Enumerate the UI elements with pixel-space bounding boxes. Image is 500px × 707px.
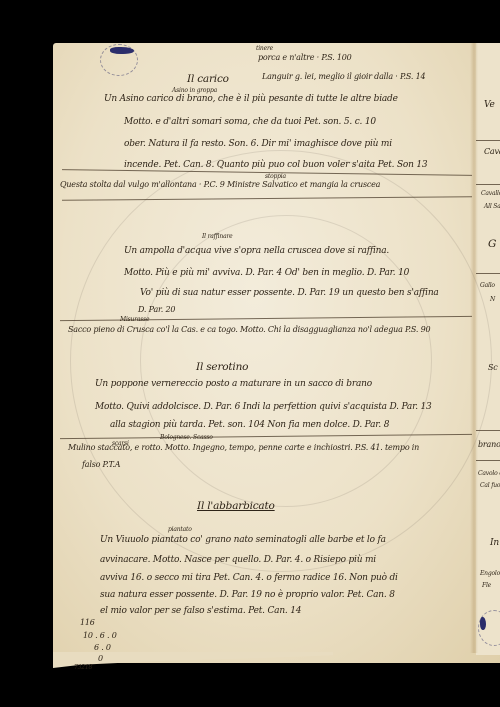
divider-rule bbox=[476, 430, 500, 431]
boxed-line: Questa stolta dal vulgo m'allontana · P.… bbox=[60, 180, 380, 189]
facing-page-text: Ve bbox=[484, 100, 495, 110]
facing-page-text: N bbox=[490, 296, 495, 303]
facing-page-text: Sc bbox=[488, 363, 498, 372]
divider-rule bbox=[476, 140, 500, 141]
entry-heading: Il serotino bbox=[196, 361, 248, 373]
entry-line: Motto. e d'altri somari soma, che da tuo… bbox=[124, 117, 376, 127]
entry-line: incende. Pet. Can. 8. Quanto più puo col… bbox=[124, 160, 427, 170]
divider-rule bbox=[476, 184, 500, 185]
side-note: Languir g. lei, meglio il gioir dalla · … bbox=[262, 72, 425, 81]
facing-page-text: Fle bbox=[482, 582, 491, 589]
entry-line: ober. Natura il fa resto. Son. 6. Dir mi… bbox=[124, 139, 392, 149]
entry-line: Motto. Più e più mi' avviva. D. Par. 4 O… bbox=[124, 268, 409, 278]
facing-page-text: brano bbox=[478, 440, 500, 449]
boxed-line: Sacco pieno di Crusca co'l la Cas. e ca … bbox=[68, 325, 430, 334]
facing-page-text: Engolo bbox=[480, 570, 500, 577]
facing-page-text: All Sal bbox=[484, 203, 500, 210]
stamp-ink-icon bbox=[110, 47, 134, 54]
entry-line: el mio valor per se falso s'estima. Pet.… bbox=[100, 606, 301, 616]
facing-page-text: Cava bbox=[484, 147, 500, 156]
entry-line: Motto. Quivi addolcisce. D. Par. 6 Indi … bbox=[95, 402, 432, 412]
facing-page-text: Gallo bbox=[480, 282, 495, 289]
watermark-circle bbox=[140, 215, 432, 507]
boxed-line: falso P.T.A bbox=[82, 460, 120, 469]
entry-line: Un ampolla d'acqua vive s'opra nella cru… bbox=[124, 246, 389, 256]
entry-heading: Il raffinare bbox=[202, 233, 232, 240]
entry-line: Un poppone vernereccio posto a maturare … bbox=[95, 379, 372, 389]
margin-number: 10 . 6 . 0 bbox=[83, 631, 117, 640]
entry-line: D. Par. 20 bbox=[138, 305, 175, 314]
entry-line: Un Asino carico di brano, che è il più p… bbox=[104, 94, 398, 104]
inserted-word: piantato bbox=[168, 526, 192, 533]
header-note: porca e n'altre · P.S. 100 bbox=[258, 53, 352, 62]
boxed-gloss: Misurasse bbox=[120, 316, 149, 323]
boxed-line: Mulino staccato, e rotto. Motto. Ingegno… bbox=[68, 443, 419, 452]
heading-gloss: Asino in groppa bbox=[172, 87, 217, 94]
boxed-gloss: stoppia bbox=[265, 173, 286, 180]
facing-page-text: Cal fuoc bbox=[480, 482, 500, 489]
shelf-mark: 73218 bbox=[74, 664, 92, 671]
stamp-ink-icon bbox=[480, 617, 486, 630]
facing-page-text: G bbox=[488, 238, 496, 250]
facing-page-text: Cavallo i bbox=[481, 190, 500, 197]
entry-line: avvinacare. Motto. Nasce per quello. D. … bbox=[100, 555, 376, 565]
margin-number: 6 . 0 bbox=[94, 643, 111, 652]
divider-rule bbox=[476, 460, 500, 461]
boxed-gloss: Bolognese. Scasso bbox=[160, 434, 213, 441]
facing-page-text: In bbox=[490, 538, 499, 548]
entry-line: sua natura esser possente. D. Par. 19 no… bbox=[100, 590, 395, 600]
entry-line: avviva 16. o secco mi tira Pet. Can. 4. … bbox=[100, 573, 398, 583]
divider-rule bbox=[476, 273, 500, 274]
entry-line: alla stagion più tarda. Pet. son. 104 No… bbox=[110, 420, 389, 430]
facing-page-text: Cavolo et bbox=[478, 470, 500, 477]
entry-heading: Il carico bbox=[187, 73, 229, 85]
entry-heading: Il l'abbarbicato bbox=[197, 500, 275, 512]
margin-number: 0 bbox=[98, 654, 103, 663]
margin-number: 116 bbox=[80, 618, 95, 627]
header-superscript: tinere bbox=[256, 45, 273, 52]
entry-line: Vo' più di sua natur esser possente. D. … bbox=[140, 288, 439, 298]
entry-line: Un Viuuolo piantato co' grano nato semin… bbox=[100, 535, 386, 545]
